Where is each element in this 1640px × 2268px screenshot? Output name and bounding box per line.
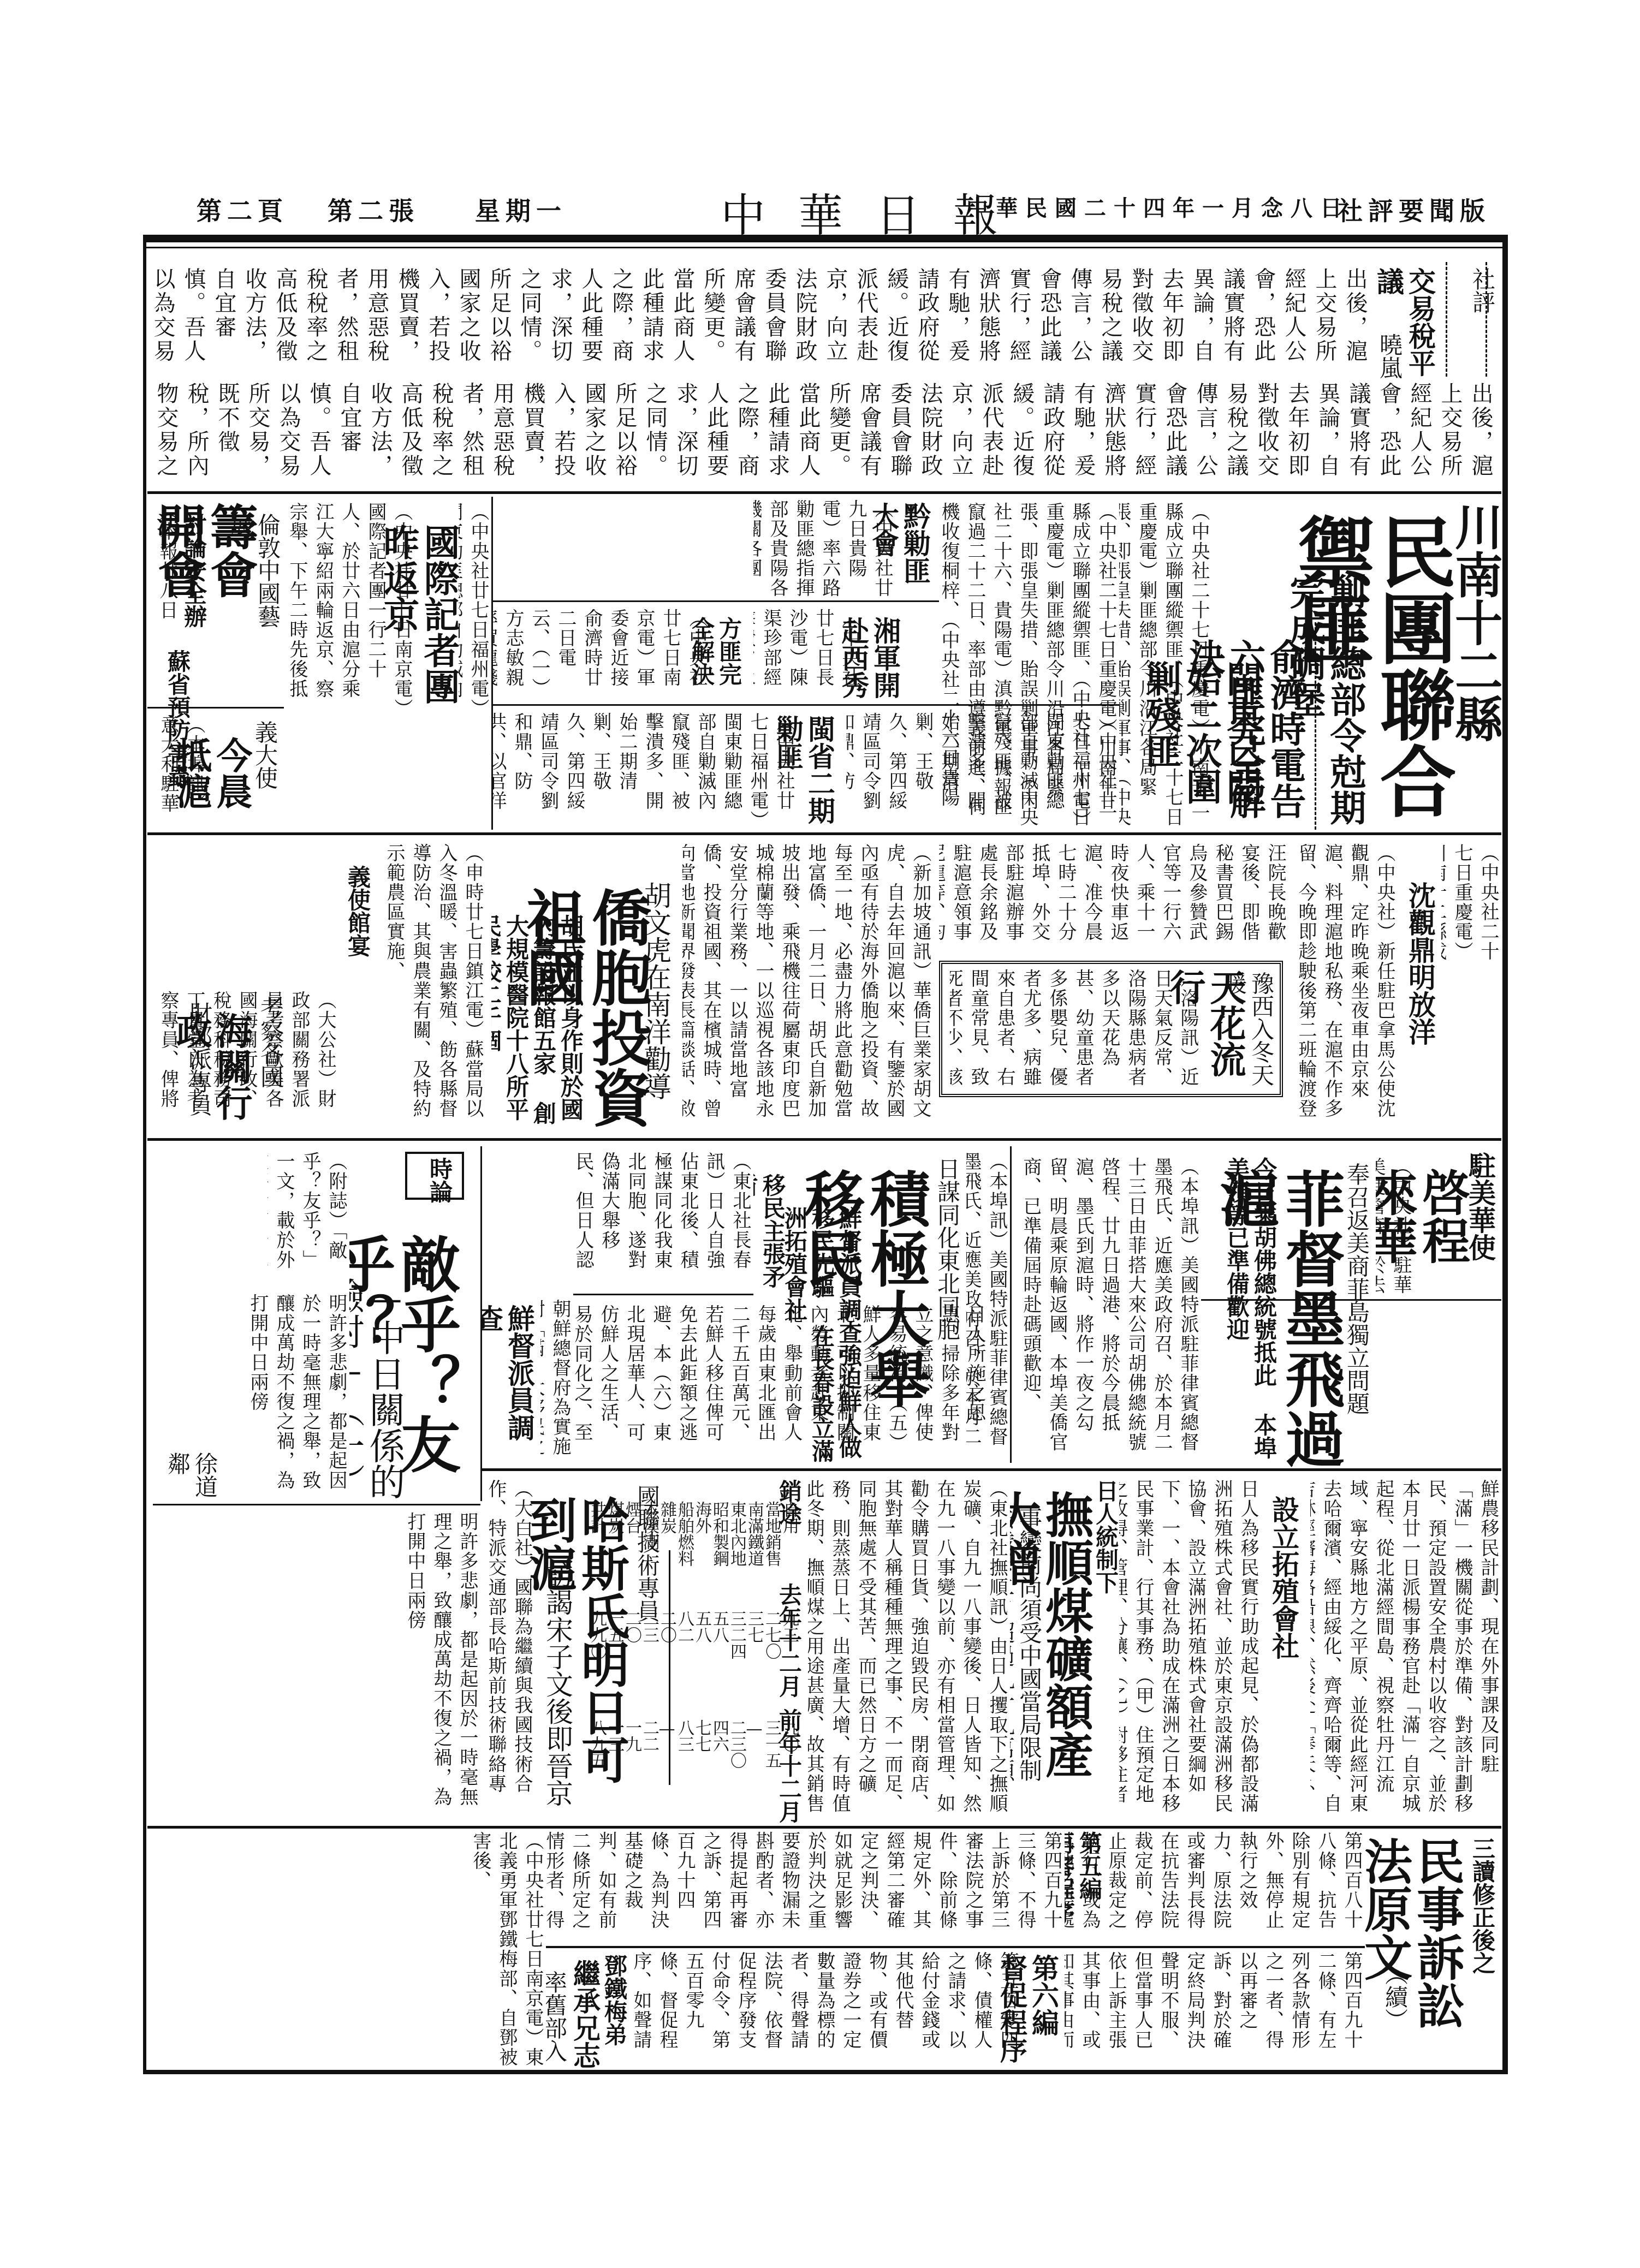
article-commentary-body: （附誌）「敵乎？友乎？」一文，載於外交評論第十二期，本刊合刊本，係徐道鄰 明許多… xyxy=(153,1146,349,1501)
article-wang-reception: 汪院長晚歡宴後、即偕秘書買巴錫烏及參贊武官等一行六人、乘十一時夜快車返滬、准今晨… xyxy=(939,838,1288,958)
article-italian-envoy: 義大使 今晨抵滬 （本埠訊）意大利駐華大使羅亞谷諾氏、日前隨林主席晉謁國書、 xyxy=(153,710,284,830)
cell-previous: 二三〇 xyxy=(728,1719,745,1769)
body: （中央社廿九日貴陽電）率六路勦匪總指揮部及貴陽各機關各團體、於廿九日午在講武堂操… xyxy=(753,499,895,598)
article-philippine-governor: 奉召返美商菲島獨立問題 菲督墨飛過滬 今日乘胡佛總統號抵此 本埠美領等已準備歡迎 xyxy=(1201,1146,1376,1474)
body: 第四百九十三條、不得上訴於第三審法院之事件、除前條規定外、其經第二審確定之判決、… xyxy=(546,1831,1065,1943)
divider xyxy=(153,1504,480,1505)
body-prev: （中央社廿七日福州電）閩東勦匪總部自勦滅內竄殘匪、被擊潰多、開始二期清剿、王敬久… xyxy=(459,502,491,710)
article-london-art: 倫敦中國藝展 籌會開會 討論安全辦法 （本報廿八日南京電）倫敦中國藝展籌委會、廿… xyxy=(153,497,284,644)
cell-current: 二七〇 xyxy=(763,1610,780,1659)
cell-previous: 八三 xyxy=(676,1719,692,1769)
body: （東北社長春訊）日人自強佔東北後、積極謀同化我東北同胞、遂對偽滿大舉移民、但日人… xyxy=(573,1152,753,1283)
article-reagan-return: 駐美華使 啓程來華 （中央社）駐華美使詹森、於去年例假返國、迄今半載、茲悉假期已… xyxy=(1376,1146,1501,1305)
lead-story: 川南十二縣 民團聯合禦匪 剿匪總部令尅期完成碉堡 俞濟時電告六匪完全解決 閩東已… xyxy=(1119,497,1501,835)
column-divider xyxy=(669,1550,670,1785)
article-commentary: 時論 敵乎？友乎？ —中日關係的檢討—（一） xyxy=(349,1146,480,1501)
article-colonization-company: 設立拓殖會社 日人為移民實行助成起見、於偽都設滿洲拓殖株式會社、並於東京設滿洲移… xyxy=(1119,1474,1310,1823)
divider xyxy=(546,1946,1365,1948)
article-smallpox: 豫西入冬天暖 天花流行 （洛陽訊）近日天氣反常、洛陽縣患病者多以天花為甚、幼童患… xyxy=(939,961,1288,1103)
subhead: （續） xyxy=(1381,1962,1409,2031)
body: （中央社）駐華美使詹森、於去年例假返國、迄今半載、茲悉假期已滿、現由美啓程來滬、… xyxy=(1376,1157,1414,1299)
body: 第四百九十二條、有左列各款情形之一者、得以再審之訴、對於確定終局判決聲明不服、但… xyxy=(1065,1951,1365,2066)
subhead: 事變前尚須受中國當局限制 去歲十二月超過九十九萬噸 xyxy=(1010,1507,1043,1823)
body: 第五百零四條、債權人之請求、以給付金錢或其他代替物、或有價證券之一定數量為標的者… xyxy=(628,1951,1021,2066)
editorial-section-label: 社評 xyxy=(1469,267,1496,313)
article-payment-order: 第六編 督促程序 第五百零四條、債權人之請求、以給付金錢或其他代替物、或有價證券… xyxy=(628,1949,1065,2069)
article-deng-tiemei: 鄧鐵梅弟 繼承兄志 率舊部入深山 xyxy=(546,1949,628,2069)
article-fushun-coal: 日人統制下 撫順煤礦額產大增 事變前尚須受中國當局限制 去歲十二月超過九十九萬噸 xyxy=(1010,1474,1119,1823)
article-guizhou-rally: 黔勦匪大會 （中央社廿九日貴陽電）率六路勦匪總指揮部及貴陽各機關各團體、於廿九日… xyxy=(753,497,934,600)
column-divider xyxy=(491,497,493,830)
article-korean-farm-migration: 鮮農移民計劃、現在外事課及同駐「滿」一機關從事於準備、對該計劃移民、預定設置安全… xyxy=(1310,1474,1501,1823)
article-korean-survey: 鮮督派員調查 朝鮮總督府為實施對「滿」大移民之先驅、決定於本年度向偽國送往二千戶… xyxy=(480,1294,573,1463)
headline: 鮮督派員調查 xyxy=(480,1305,535,1463)
body: （洛陽訊）近日天氣反常、洛陽縣患病者多以天花為甚、幼童患者多係嬰兒、優者尤多、病… xyxy=(950,969,1201,1092)
kicker: 日人統制下 xyxy=(1092,1479,1119,1594)
body: （中央社廿七日南京電）東北義勇軍鄧鐵梅部、自鄧被害後、 xyxy=(153,1831,546,2069)
headline: 移民主張矛盾 xyxy=(753,1174,786,1294)
article-journalists: 國際記者團昨返京 （中央社廿七日南京電）國際記者團一行二十人、於廿六日由滬分乘江… xyxy=(284,497,491,715)
cell-previous: 三一五 xyxy=(763,1719,780,1769)
divider xyxy=(147,1138,1501,1141)
article-fushun-body: （東北社撫順訊）由日人攫取下之撫順炭礦、自九一八事變後、日人皆知、然在九一八事變… xyxy=(808,1474,1010,1823)
civil-procedure-body: 第四百八十八條、抗告除別有規定外、無停止執行之效力、原法院或審判長得在抗告法院裁… xyxy=(1065,1831,1365,1946)
body: （中央社廿七日福州電）閩東勦匪總部自勦滅內竄殘匪、被擊潰多、開始二期清剿、王敬久… xyxy=(846,712,1119,827)
author: 徐道鄰 xyxy=(164,1452,218,1501)
editorial-body-continued: 出後，滬上交易所經紀人公會，恐此議實將有異論，自去年初即對徵收交易稅之議傳言，公… xyxy=(153,382,1496,486)
editorial-continued: 出後，滬上交易所經紀人公會，恐此議實將有異論，自去年初即對徵收交易稅之議傳言，公… xyxy=(147,382,1501,491)
article-commentary-continued: 明許多悲劇，都是起因於一時毫無理之舉，致釀成萬劫不復之禍，為打開中日兩傍 xyxy=(153,1507,480,1823)
divider xyxy=(147,707,284,709)
headline: 繼承兄志 xyxy=(569,1960,601,2069)
publisher-note: 社評要聞版 xyxy=(1338,191,1490,227)
body: 鮮農移民計劃、現在外事課及同駐「滿」一機關從事於準備、對該計劃移民、預定設置安全… xyxy=(1310,1479,1501,1818)
article-migrant-contradiction: 移民主張矛盾 xyxy=(753,1174,786,1294)
article-xiang-army: 湘軍開赴西秀 （中央社廿七日長沙電）陳渠珍部經擊潰、永順殘匪向龍山退、陳渠珍部已… xyxy=(753,606,934,704)
body: 第四百八十八條、抗告除別有規定外、無停止執行之效力、原法院或審判長得在抗告法院裁… xyxy=(1065,1831,1365,1943)
sheet-number: 第二張 xyxy=(328,191,419,227)
article-customs-study: （申時廿七日鎮江電）蘇當局以入冬溫暖、害蟲繁殖、飭各縣督導防治、其與農業有關、及… xyxy=(153,838,486,1133)
headline: 第五編 再審程序 xyxy=(1065,1831,1103,1946)
subhead: 率舊部入深山 xyxy=(546,1971,568,2069)
divider xyxy=(480,1468,1501,1471)
divider xyxy=(491,704,1119,706)
divider xyxy=(573,1294,753,1295)
article-overseas-investment: 胡文虎在南洋勸導 僑胞投資祖國 胡氏並以身作則於國內籌設報館五家 創大規模醫院十… xyxy=(491,838,934,1133)
body-continued: （中央社廿七日福州電）閩東勦匪總部自勦滅內竄殘匪、被擊潰多、開始二期清剿、王敬久… xyxy=(491,712,797,827)
body: 日人所施之恩惠、掃除多年對立之意識、俾使容易統治、（五）鮮人多量移住東北、可以抑… xyxy=(573,1305,988,1457)
extra-headline: 義使館宴 xyxy=(344,865,371,957)
kicker: 財部派專員 xyxy=(186,1002,213,1116)
body: （本埠訊）意大利駐華大使羅亞谷諾氏、日前隨林主席晉謁國書、 xyxy=(153,715,207,824)
body: （中央社廿七日長沙電）陳渠珍部經擊潰、永順殘匪向龍山退、陳渠珍部已經陳兩旅由松桃… xyxy=(753,609,863,701)
star-divider-icon xyxy=(1315,622,1318,830)
article-philippine-body: （本埠訊）美國特派駐菲律賓總督墨飛氏、近應美政府召、於本月二十三日由菲搭大來公司… xyxy=(1015,1146,1201,1474)
star-border-icon xyxy=(1446,262,1449,377)
body-prev: （中央社二十七日重慶電）川南十二縣成立聯團縱禦匪、（中央社二十七日重慶電）剿匪總… xyxy=(1441,843,1501,980)
article-fang-bandits: 方匪完全解決 （中央社廿七日南京電）軍委會近接俞濟時廿二日電云、（一）方志敏親率… xyxy=(491,606,748,704)
body-continued: 明許多悲劇，都是起因於一時毫無理之舉，致釀成萬劫不復之禍，為打開中日兩傍 xyxy=(153,1512,480,1818)
cell-previous: 七七 xyxy=(693,1719,710,1769)
divider xyxy=(1201,1299,1501,1301)
subhead: 胡氏並以身作則於國內籌設報館五家 創大規模醫院十八所平民學校二千個 xyxy=(519,914,584,1133)
article-hass-arrival: 國聯技術專員 哈斯氏明日可到滬 訪謁宋子文後即晉京 （大白社）國聯為繼續與我國技… xyxy=(480,1474,666,1823)
masthead: 社評要聞版 中華民國二十四年一月念八日 中華日報 星期一 第二張 第二頁 xyxy=(147,180,1507,229)
headline: 哈斯氏明日可到滬 xyxy=(523,1496,628,1823)
kicker: 三讀修正後之 xyxy=(1469,1837,1496,1974)
editorial: 社評 交易稅平議 曉嵐 出後，滬上交易所經紀人公會，恐此議實將有異論，自去年初即… xyxy=(147,257,1501,382)
kicker: 鄧鐵梅弟 xyxy=(601,1954,628,2046)
divider xyxy=(147,832,1501,835)
article-misc-bottom-left: （中央社廿七日南京電）東北義勇軍鄧鐵梅部、自鄧被害後、 xyxy=(153,1831,546,2071)
body: （本埠訊）美國特派駐菲律賓總督墨飛氏、近應美政府召、於本月二十三日由菲搭大來公司… xyxy=(1015,1157,1201,1463)
headline: 沈觀鼎明放洋 xyxy=(1404,882,1436,1045)
cell-current: 三七 xyxy=(746,1610,762,1659)
body: （中央社廿七日南京電）軍委會近接俞濟時廿二日電云、（一）方志敏親率賀龍殘部千餘人… xyxy=(491,609,710,701)
body: （中央社）新任駐巴拿馬公使沈觀鼎、定昨晚乘坐夜車由京來滬、料理滬地私務、在滬不作… xyxy=(1294,843,1398,1127)
divider xyxy=(491,600,939,602)
body: 日人為移民實行助成起見、於偽都設滿洲拓殖株式會社、並於東京設滿洲移民協會、設立滿… xyxy=(1119,1479,1261,1818)
body: （新加坡通訊）華僑巨業家胡文虎、自去年回滬以來、有鑒於國內亟有待於海外僑胞之投資… xyxy=(682,843,934,1127)
column-divider xyxy=(480,1146,482,1501)
editorial-author: 曉嵐 xyxy=(1376,333,1403,379)
divider xyxy=(147,491,1501,494)
subhead: 訪謁宋子文後即晉京 xyxy=(542,1561,573,1807)
article-retrial: 第四百九十二條、有左列各款情形之一者、得以再審之訴、對於確定終局判決聲明不服、但… xyxy=(1065,1949,1365,2069)
note: （附誌）「敵乎？友乎？」一文，載於外交評論第十二期，本刊合刊本，係徐道鄰 xyxy=(268,1152,349,1283)
cell-previous: — xyxy=(746,1719,762,1769)
kicker: 國聯技術專員 xyxy=(633,1485,661,1622)
article-min-province: 閩省二期勦匪 （中央社廿七日福州電）閩東勦匪總部自勦滅內竄殘匪、被擊潰多、開始二… xyxy=(491,710,1119,830)
section-label: 時論 xyxy=(426,1157,453,1203)
column-divider xyxy=(1010,1146,1012,1463)
body: （大白社）國聯為繼續與我國技術合作、特派交通部長哈斯前技術聯絡專員、侵之職務、逐… xyxy=(480,1479,535,1818)
body: （東北社撫順訊）由日人攫取下之撫順炭礦、自九一八事變後、日人皆知、然在九一八事變… xyxy=(808,1479,1010,1818)
cell-current: 五八 xyxy=(711,1610,727,1659)
body: 汪院長晚歡宴後、即偕秘書買巴錫烏及參贊武官等一行六人、乘十一時夜快車返滬、准今晨… xyxy=(939,843,1288,953)
article-retrial-detail: 第四百九十三條、不得上訴於第三審法院之事件、除前條規定外、其經第二審確定之判決、… xyxy=(546,1831,1065,1946)
cell-current: 三二四 xyxy=(728,1610,745,1659)
divider xyxy=(147,1826,1501,1829)
cell-current: 八二 xyxy=(676,1610,692,1659)
kicker: 義大使 xyxy=(251,721,278,789)
body: （本報廿八日南京電）倫敦中國藝展籌委會、廿八日下午四時在教部開全體委員會議、討論… xyxy=(153,502,180,639)
editorial-body: 出後，滬上交易所經紀人公會，恐此議實將有異論，自去年初即對徵收交易稅之議傳言，公… xyxy=(153,267,1370,377)
subhead: —中日關係的檢討—（一） xyxy=(349,1277,404,1501)
article-civil-procedure: 三讀修正後之 民事訴訟法原文 （續） xyxy=(1365,1831,1501,2071)
body: 朝鮮總督府為實施對「滿」大移民之先驅、決定於本年度向偽國送往二千戶一萬之 xyxy=(540,1299,573,1457)
body-prev: （申時廿七日鎮江電）蘇當局以入冬溫暖、害蟲繁殖、飭各縣督導防治、其與農業有關、及… xyxy=(377,843,486,1127)
headline: 民事訴訟法原文 xyxy=(1365,1837,1463,2071)
subhead: 今日乘胡佛總統號抵此 本埠美領等已準備歡迎 xyxy=(1223,1157,1277,1474)
article-retrial-header: 第五編 再審程序 xyxy=(1065,1831,1103,1946)
page-number: 第二頁 xyxy=(197,191,288,227)
headline: 設立拓殖會社 xyxy=(1268,1496,1299,1659)
subhead: 考察各國 xyxy=(257,996,284,1088)
cell-previous: 四六 xyxy=(711,1719,727,1769)
body: （中央社廿七日南京電）國際記者團一行二十人、於廿六日由滬分乘江大寧紹兩輪返京、察… xyxy=(284,502,415,710)
kicker: 奉召返美商菲島獨立問題 xyxy=(1343,1163,1370,1415)
cell-current: 九三 xyxy=(781,1610,797,1659)
article-shen-guanding: 沈觀鼎明放洋 （中央社）新任駐巴拿馬公使沈觀鼎、定昨晚乘坐夜車由京來滬、料理滬地… xyxy=(1294,838,1501,1133)
article-migration-body: （東北社長春訊）日人自強佔東北後、積極謀同化我東北同胞、遂對偽滿大舉移民、但日人… xyxy=(573,1146,753,1288)
star-border-icon xyxy=(1485,262,1489,377)
weekday: 星期一 xyxy=(475,191,567,227)
lead-kicker: 川南十二縣 xyxy=(1449,502,1501,742)
lead-body: （中央社二十七日重慶電）川南十二縣成立聯團縱禦匪、（中央社二十七日重慶電）剿匪總… xyxy=(1119,502,1212,830)
cell-current: 五八 xyxy=(693,1610,710,1659)
cell-previous: 九〇 xyxy=(781,1719,797,1769)
article-migrant-body: 日人所施之恩惠、掃除多年對立之意識、俾使容易統治、（五）鮮人多量移住東北、可以抑… xyxy=(573,1299,988,1463)
